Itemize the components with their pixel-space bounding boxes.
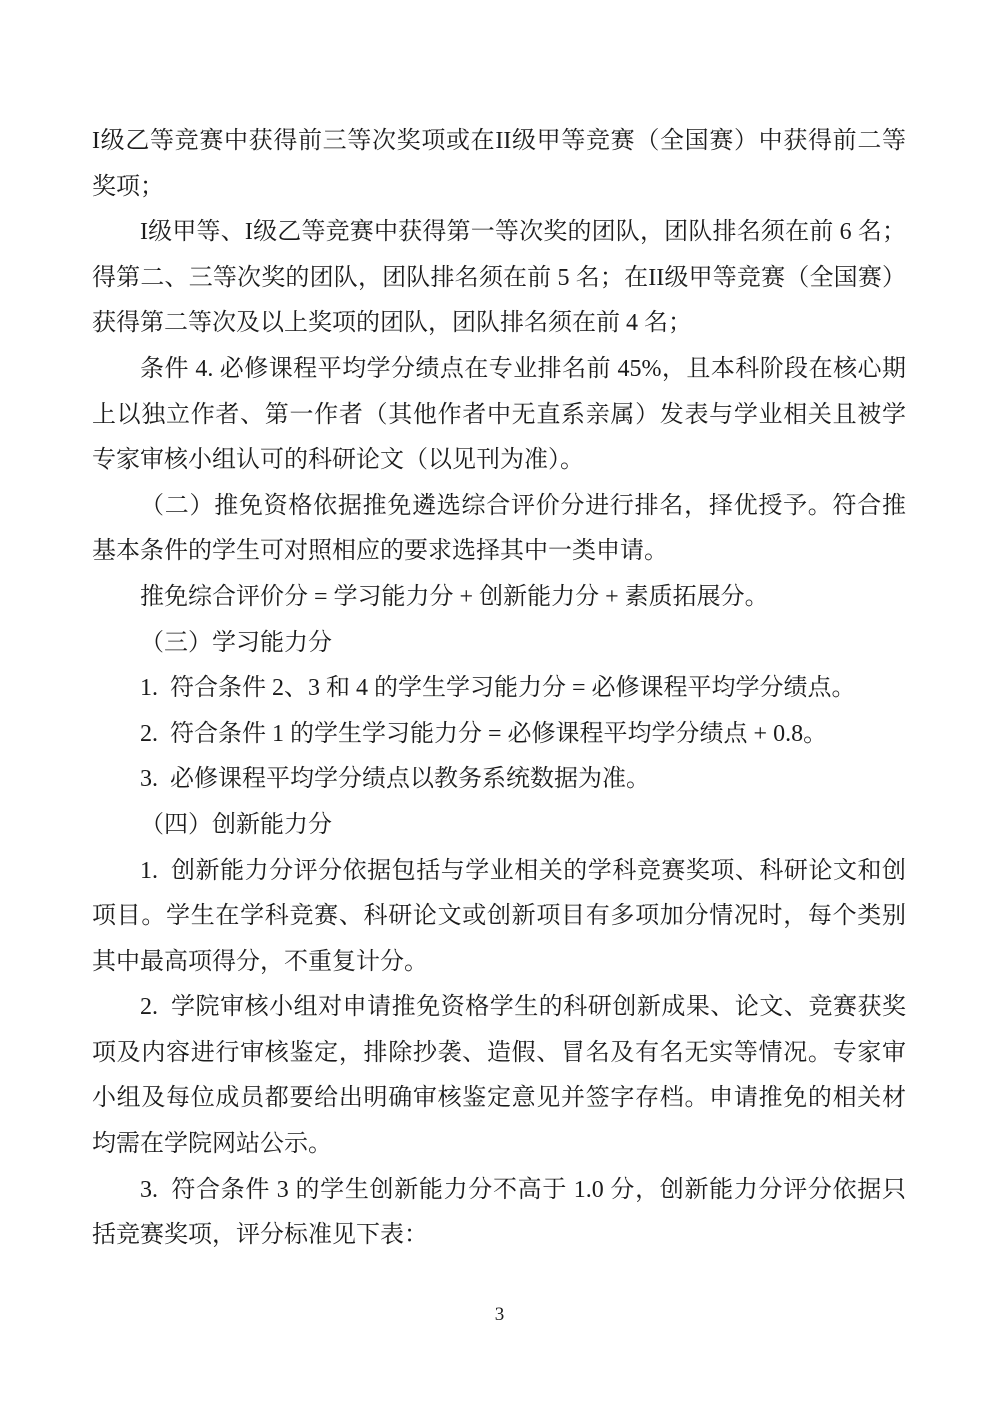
- document-page: I级乙等竞赛中获得前三等次奖项或在II级甲等竞赛（全国赛）中获得前二等次 奖项；…: [0, 0, 999, 1413]
- list-item: 3. 符合条件 3 的学生创新能力分不高于 1.0 分，创新能力分评分依据只包: [92, 1168, 906, 1214]
- text-line: 括竞赛奖项，评分标准见下表：: [92, 1213, 906, 1259]
- text-line: 得第二、三等次奖的团队，团队排名须在前 5 名；在II级甲等竞赛（全国赛）中: [92, 256, 906, 302]
- text-line: 专家审核小组认可的科研论文（以见刊为准）。: [92, 438, 906, 484]
- list-item: 2. 符合条件 1 的学生学习能力分 = 必修课程平均学分绩点 + 0.8。: [92, 712, 906, 758]
- text-line: 奖项；: [92, 165, 906, 211]
- page-number: 3: [0, 1303, 999, 1327]
- section-heading: （四）创新能力分: [92, 803, 906, 849]
- list-item: 3. 必修课程平均学分绩点以教务系统数据为准。: [92, 757, 906, 803]
- formula-line: 推免综合评价分 = 学习能力分 + 创新能力分 + 素质拓展分。: [92, 575, 906, 621]
- list-item: 2. 学院审核小组对申请推免资格学生的科研创新成果、论文、竞赛获奖奖: [92, 985, 906, 1031]
- text-line: 小组及每位成员都要给出明确审核鉴定意见并签字存档。申请推免的相关材料: [92, 1076, 906, 1122]
- text-line: （二）推免资格依据推免遴选综合评价分进行排名，择优授予。符合推免: [92, 484, 906, 530]
- list-item: 1. 符合条件 2、3 和 4 的学生学习能力分 = 必修课程平均学分绩点。: [92, 666, 906, 712]
- text-line: 条件 4. 必修课程平均学分绩点在专业排名前 45%，且本科阶段在核心期刊: [92, 347, 906, 393]
- text-line: 其中最高项得分，不重复计分。: [92, 940, 906, 986]
- text-line: 项及内容进行审核鉴定，排除抄袭、造假、冒名及有名无实等情况。专家审核: [92, 1031, 906, 1077]
- section-heading: （三）学习能力分: [92, 621, 906, 667]
- text-line: 上以独立作者、第一作者（其他作者中无直系亲属）发表与学业相关且被学院: [92, 393, 906, 439]
- text-line: 基本条件的学生可对照相应的要求选择其中一类申请。: [92, 529, 906, 575]
- document-text: I级乙等竞赛中获得前三等次奖项或在II级甲等竞赛（全国赛）中获得前二等次 奖项；…: [92, 119, 906, 1259]
- text-line: 获得第二等次及以上奖项的团队，团队排名须在前 4 名；: [92, 301, 906, 347]
- list-item: 1. 创新能力分评分依据包括与学业相关的学科竞赛奖项、科研论文和创新: [92, 849, 906, 895]
- text-line: I级乙等竞赛中获得前三等次奖项或在II级甲等竞赛（全国赛）中获得前二等次: [92, 119, 906, 165]
- text-line: 均需在学院网站公示。: [92, 1122, 906, 1168]
- text-line: I级甲等、I级乙等竞赛中获得第一等次奖的团队，团队排名须在前 6 名；获: [92, 210, 906, 256]
- text-line: 项目。学生在学科竞赛、科研论文或创新项目有多项加分情况时，每个类别取: [92, 894, 906, 940]
